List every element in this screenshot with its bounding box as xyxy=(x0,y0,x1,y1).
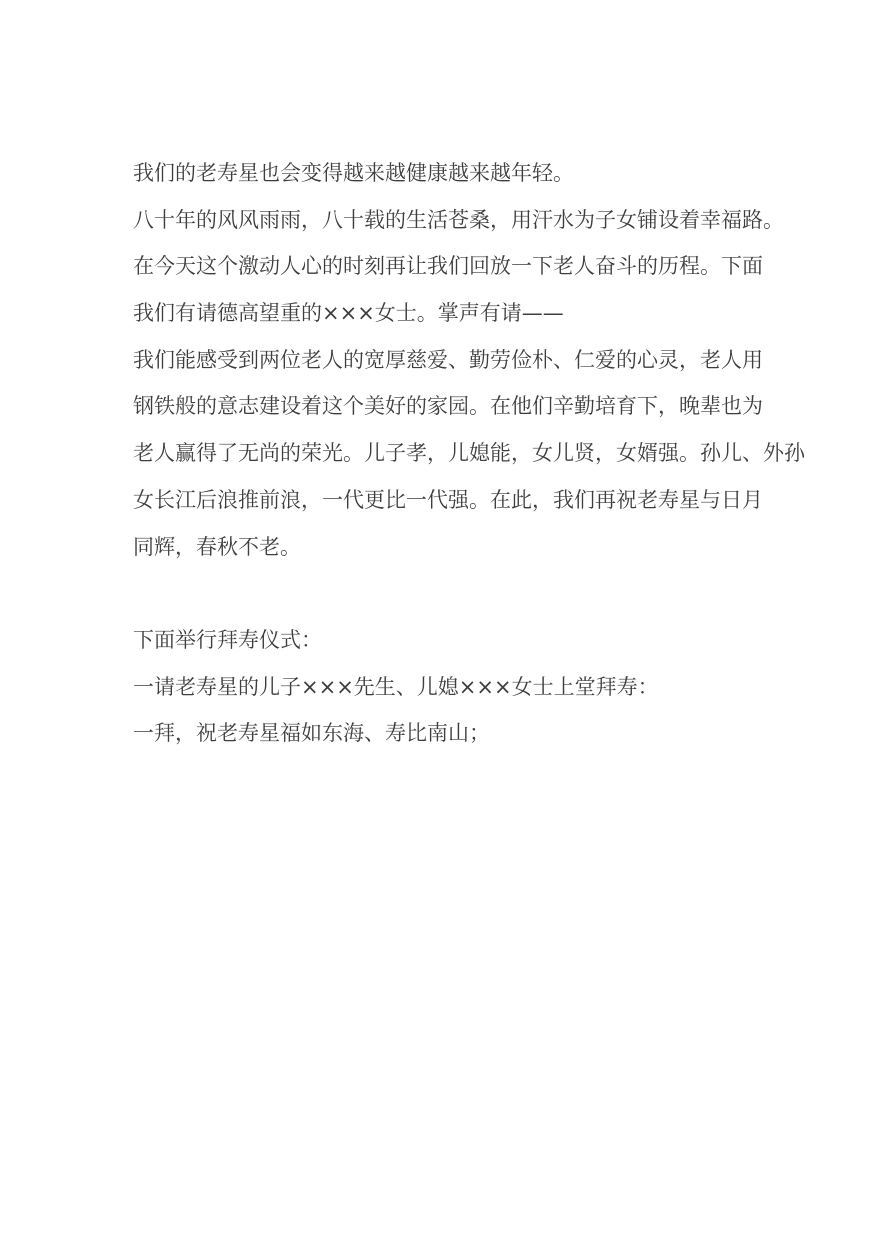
text-line: 老人赢得了无尚的荣光。儿子孝，儿媳能，女儿贤，女婿强。孙儿、外孙 xyxy=(133,430,781,477)
text-line: 钢铁般的意志建设着这个美好的家园。在他们辛勤培育下，晚辈也为 xyxy=(133,383,781,430)
document-page: 我们的老寿星也会变得越来越健康越来越年轻。 八十年的风风雨雨，八十载的生活苍桑，… xyxy=(0,0,884,1250)
text-line: 女长江后浪推前浪，一代更比一代强。在此，我们再祝老寿星与日月 xyxy=(133,477,781,524)
text-line: 一请老寿星的儿子×××先生、儿媳×××女士上堂拜寿： xyxy=(133,664,781,711)
blank-line xyxy=(133,570,781,617)
text-line: 一拜，祝老寿星福如东海、寿比南山； xyxy=(133,710,781,757)
text-line: 我们的老寿星也会变得越来越健康越来越年轻。 xyxy=(133,150,781,197)
text-line: 八十年的风风雨雨，八十载的生活苍桑，用汗水为子女铺设着幸福路。 xyxy=(133,197,781,244)
text-line: 我们有请德高望重的×××女士。掌声有请—— xyxy=(133,290,781,337)
text-line: 下面举行拜寿仪式： xyxy=(133,617,781,664)
text-line: 同辉，春秋不老。 xyxy=(133,524,781,571)
text-line: 我们能感受到两位老人的宽厚慈爱、勤劳俭朴、仁爱的心灵，老人用 xyxy=(133,337,781,384)
document-text-block: 我们的老寿星也会变得越来越健康越来越年轻。 八十年的风风雨雨，八十载的生活苍桑，… xyxy=(133,150,781,757)
text-line: 在今天这个激动人心的时刻再让我们回放一下老人奋斗的历程。下面 xyxy=(133,243,781,290)
